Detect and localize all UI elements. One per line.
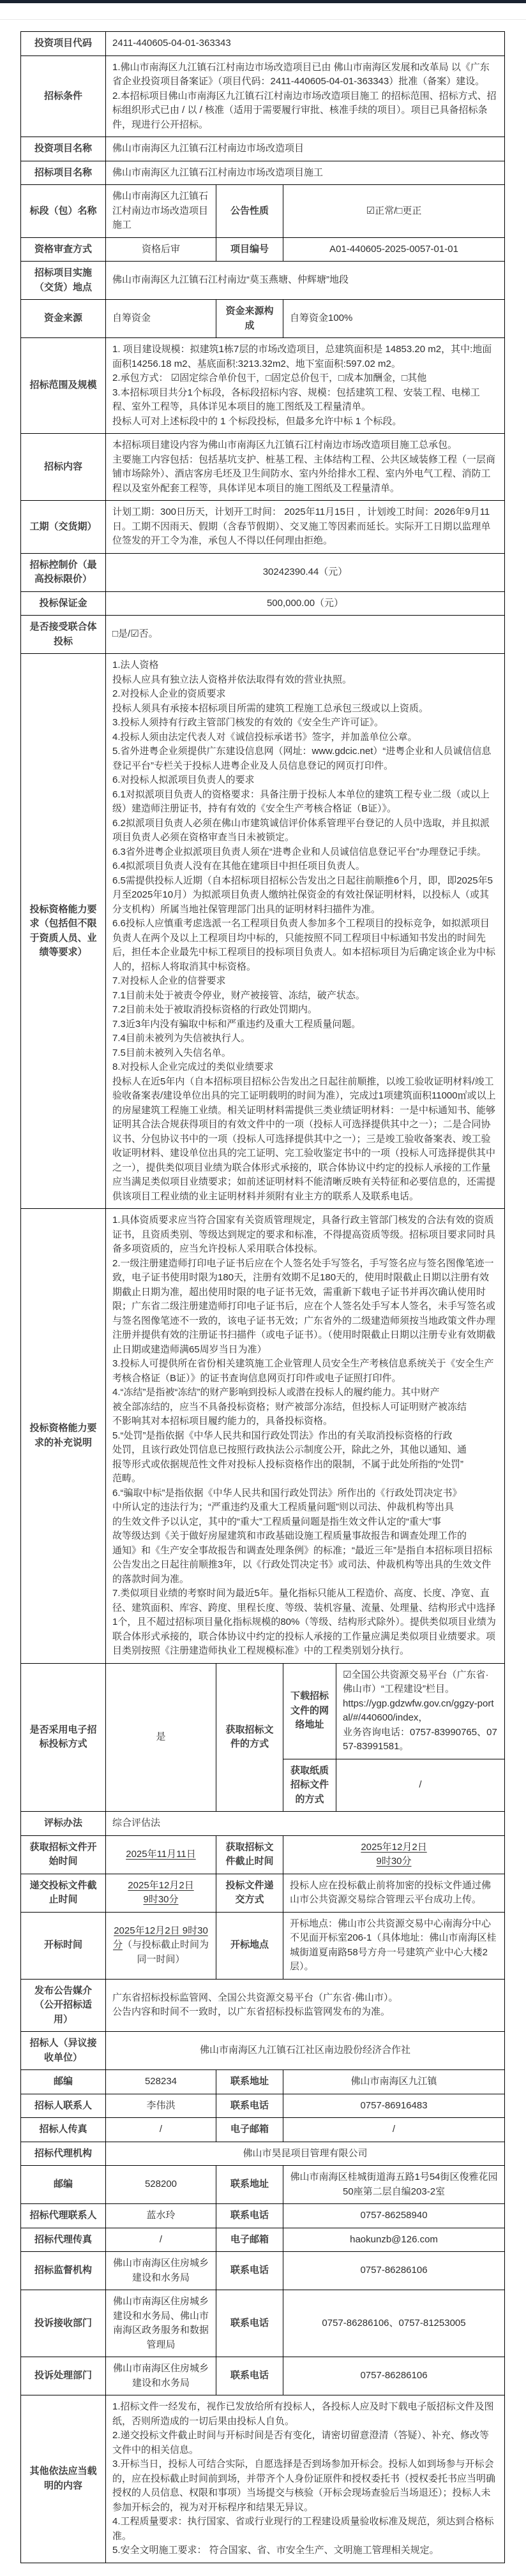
label-capability-notes: 投标资格能力要求的补充说明 (21, 1209, 106, 1664)
table-row: 投资项目代码 2411-440605-04-01-363343 (21, 32, 505, 56)
table-row: 投诉接收部门 佛山市南海区住房城乡建设和水务局、佛山市南海区政务服务和数据管理局… (21, 2290, 505, 2357)
label-consortium-bidding: 是否接受联合体投标 (21, 616, 106, 654)
label-tender-content: 招标内容 (21, 434, 106, 501)
label-tenderer-postcode: 邮编 (21, 2070, 106, 2094)
announcement-media-value: 广东省招标投标监管网、全国公共资源交易平台（广东省·佛山市）。 公告内容和时间不… (106, 1979, 505, 2032)
table-row: 招标人联系人 李伟洪 联系电话 0757-86916483 (21, 2094, 505, 2118)
label-project-number: 项目编号 (216, 237, 283, 262)
other-required-content-value: 1.招标文件一经发布，视作已发放给所有投标人，各投标人应及时下载电子版招标文件及… (106, 2395, 505, 2563)
table-row: 投标保证金 500,000.00（元） (21, 591, 505, 616)
label-announcement-media: 发布公告媒介（公开招标适用） (21, 1979, 106, 2032)
label-tender-scope: 招标范围及规模 (21, 338, 106, 434)
bid-bond-value: 500,000.00（元） (106, 591, 505, 616)
tenderer-email-value: / (283, 2118, 505, 2142)
table-row: 标段（包）名称 佛山市南海区九江镇石江村南边市场改造项目施工 公告性质 ☑正常/… (21, 185, 505, 238)
table-row: 招标代理传真 / 电子邮箱 haokunzb@126.com (21, 2228, 505, 2252)
label-evaluation-method: 评标办法 (21, 1812, 106, 1836)
table-row: 招标代理联系人 蓝水玲 联系电话 0757-86258940 (21, 2204, 505, 2228)
label-download-url: 下载招标文件的网络地址 (283, 1663, 336, 1759)
complaint-handling-value: 佛山市南海区住房城乡建设和水务局 (106, 2357, 216, 2395)
bidder-capability-value: 1.法人资格 投标人应具有独立法人资格并依法取得有效的营业执照。 2.对投标人企… (106, 654, 505, 1209)
label-tenderer-address: 联系地址 (216, 2070, 283, 2094)
submission-method-value: 投标人应在投标截止前将加密的投标文件通过佛山市公共资源交易综合管理云平台成功上传… (283, 1874, 505, 1912)
table-row: 递交投标文件截止时间 2025年12月2日 9时30分 投标文件递交方式 投标人… (21, 1874, 505, 1912)
label-supervision-agency: 招标监督机构 (21, 2252, 106, 2290)
label-agency-address: 联系地址 (216, 2166, 283, 2204)
bid-conditions-value: 1.佛山市南海区九江镇石江村南边市场改造项目已由 佛山市南海区发展和改革局 以《… (106, 56, 505, 137)
electronic-bidding-value: 是 (106, 1663, 216, 1812)
tenderer-postcode-value: 528234 (106, 2070, 216, 2094)
obtain-end-time-value: 2025年12月2日 9时30分 (283, 1835, 505, 1874)
table-row: 招标条件 1.佛山市南海区九江镇石江村南边市场改造项目已由 佛山市南海区发展和改… (21, 56, 505, 137)
investment-code-value: 2411-440605-04-01-363343 (106, 32, 505, 56)
table-row: 招标监督机构 佛山市南海区住房城乡建设和水务局 联系电话 0757-862861… (21, 2252, 505, 2290)
tender-scope-value: 1. 项目建设规模：拟建筑1栋7层的市场改造项目，总建筑面积是 14853.20… (106, 338, 505, 434)
qualification-review-value: 资格后审 (106, 237, 216, 262)
complaint-handling-phone-value: 0757-86286106 (283, 2357, 505, 2395)
tenderer-phone-value: 0757-86916483 (283, 2094, 505, 2118)
table-row: 投资项目名称 佛山市南海区九江镇石江村南边市场改造项目 (21, 137, 505, 161)
paper-documents-value: / (336, 1759, 505, 1812)
consortium-bidding-value: □是/☑否。 (106, 616, 505, 654)
label-complaint-receiving: 投诉接收部门 (21, 2290, 106, 2357)
label-other-required-content: 其他依法应当载明的内容 (21, 2395, 106, 2563)
submission-deadline-value: 2025年12月2日 9时30分 (106, 1874, 216, 1912)
complaint-receiving-phone-value: 0757-86286106、0757-81253005 (283, 2290, 505, 2357)
agency-phone-value: 0757-86258940 (283, 2204, 505, 2228)
announcement-document: 投资项目代码 2411-440605-04-01-363343 招标条件 1.佛… (0, 20, 526, 2576)
table-row: 招标控制价（最高投标限价） 30242390.44（元） (21, 553, 505, 591)
capability-notes-value: 1.具体资质要求应当符合国家有关资质管理规定，具备行政主管部门核发的合法有效的资… (106, 1209, 505, 1664)
label-tenderer-email: 电子邮箱 (216, 2118, 283, 2142)
label-agency-email: 电子邮箱 (216, 2228, 283, 2252)
project-location-value: 佛山市南海区九江镇石江村南边“莫玉燕塘、仲辉塘”地段 (106, 262, 505, 300)
label-notice-nature: 公告性质 (216, 185, 283, 238)
table-row: 招标代理机构 佛山市昊昆项目管理有限公司 (21, 2142, 505, 2166)
agency-address-value: 佛山市南海区桂城街道海五路1号54街区俊雅花园50座第二层自编203-2室 (283, 2166, 505, 2204)
label-agency-contact: 招标代理联系人 (21, 2204, 106, 2228)
label-bidder-capability: 投标资格能力要求（包括但不限于资质人员、业绩等要求） (21, 654, 106, 1209)
table-row: 投标资格能力要求的补充说明 1.具体资质要求应当符合国家有关资质管理规定，具备行… (21, 1209, 505, 1664)
section-name-value: 佛山市南海区九江镇石江村南边市场改造项目施工 (106, 185, 216, 238)
label-tender-name: 招标项目名称 (21, 161, 106, 185)
tenderer-address-value: 佛山市南海区九江镇 (283, 2070, 505, 2094)
label-investment-code: 投资项目代码 (21, 32, 106, 56)
complaint-receiving-value: 佛山市南海区住房城乡建设和水务局、佛山市南海区政务服务和数据管理局 (106, 2290, 216, 2357)
label-bid-conditions: 招标条件 (21, 56, 106, 137)
table-row: 招标人（异议接收单位） 佛山市南海区九江镇石江社区南边股份经济合作社 (21, 2032, 505, 2070)
table-row: 工期（交货期） 计划工期：300日历天，计划开工时间： 2025年11月15日 … (21, 501, 505, 554)
label-construction-period: 工期（交货期） (21, 501, 106, 554)
table-row: 开标时间 2025年12月2日 9时30分（与投标截止时间为同一时间） 开标地点… (21, 1912, 505, 1979)
label-obtain-end-time: 获取招标文件截止时间 (216, 1835, 283, 1874)
evaluation-method-value: 综合评估法 (106, 1812, 505, 1836)
opening-place-value: 开标地点：佛山市公共资源交易中心南海分中心不见面开标室206-1（具体地址：佛山… (283, 1912, 505, 1979)
label-submission-method: 投标文件递交方式 (216, 1874, 283, 1912)
label-bid-bond: 投标保证金 (21, 591, 106, 616)
investment-name-value: 佛山市南海区九江镇石江村南边市场改造项目 (106, 137, 505, 161)
agency-postcode-value: 528200 (106, 2166, 216, 2204)
tenderer-fax-value: / (106, 2118, 216, 2142)
label-obtain-documents-method: 获取招标文件的方式 (216, 1663, 283, 1812)
tenderer-contact-value: 李伟洪 (106, 2094, 216, 2118)
label-control-price: 招标控制价（最高投标限价） (21, 553, 106, 591)
obtain-start-time-value: 2025年11月11日 (106, 1835, 216, 1874)
construction-period-value: 计划工期：300日历天，计划开工时间： 2025年11月15日 ，计划竣工时间：… (106, 501, 505, 554)
agency-email-value: haokunzb@126.com (283, 2228, 505, 2252)
tender-name-value: 佛山市南海区九江镇石江村南边市场改造项目施工 (106, 161, 505, 185)
label-complaint-handling: 投诉处理部门 (21, 2357, 106, 2395)
label-electronic-bidding: 是否采用电子招标投标方式 (21, 1663, 106, 1812)
table-row: 招标项目实施（交货）地点 佛山市南海区九江镇石江村南边“莫玉燕塘、仲辉塘”地段 (21, 262, 505, 300)
table-row: 邮编 528234 联系地址 佛山市南海区九江镇 (21, 2070, 505, 2094)
table-row: 投诉处理部门 佛山市南海区住房城乡建设和水务局 联系电话 0757-862861… (21, 2357, 505, 2395)
supervision-agency-value: 佛山市南海区住房城乡建设和水务局 (106, 2252, 216, 2290)
table-row: 是否接受联合体投标 □是/☑否。 (21, 616, 505, 654)
opening-time-note: （与投标截止时间为同一时间） (123, 1939, 209, 1965)
label-agency-phone: 联系电话 (216, 2204, 283, 2228)
label-investment-name: 投资项目名称 (21, 137, 106, 161)
fund-composition-value: 自筹资金100% (283, 300, 505, 338)
notice-nature-value: ☑正常/□更正 (283, 185, 505, 238)
tender-announcement-table: 投资项目代码 2411-440605-04-01-363343 招标条件 1.佛… (20, 31, 505, 2563)
table-row: 获取招标文件开始时间 2025年11月11日 获取招标文件截止时间 2025年1… (21, 1835, 505, 1874)
label-submission-deadline: 递交投标文件截止时间 (21, 1874, 106, 1912)
label-agency-postcode: 邮编 (21, 2166, 106, 2204)
agency-fax-value: / (106, 2228, 216, 2252)
label-supervision-phone: 联系电话 (216, 2252, 283, 2290)
label-opening-place: 开标地点 (216, 1912, 283, 1979)
table-row: 邮编 528200 联系地址 佛山市南海区桂城街道海五路1号54街区俊雅花园50… (21, 2166, 505, 2204)
label-paper-documents-method: 获取纸质招标文件的方式 (283, 1759, 336, 1812)
table-row: 招标人传真 / 电子邮箱 / (21, 2118, 505, 2142)
fund-source-value: 自筹资金 (106, 300, 216, 338)
table-row: 招标项目名称 佛山市南海区九江镇石江村南边市场改造项目施工 (21, 161, 505, 185)
label-tenderer-phone: 联系电话 (216, 2094, 283, 2118)
download-url-value: ☑全国公共资源交易平台（广东省·佛山市）“工程建设”栏目。 https://yg… (336, 1663, 505, 1759)
label-opening-time: 开标时间 (21, 1912, 106, 1979)
supervision-phone-value: 0757-86286106 (283, 2252, 505, 2290)
project-number-value: A01-440605-2025-0057-01-01 (283, 237, 505, 262)
label-complaint-handling-phone: 联系电话 (216, 2357, 283, 2395)
table-row: 是否采用电子招标投标方式 是 获取招标文件的方式 下载招标文件的网络地址 ☑全国… (21, 1663, 505, 1759)
label-complaint-receiving-phone: 联系电话 (216, 2290, 283, 2357)
table-row: 发布公告媒介（公开招标适用） 广东省招标投标监管网、全国公共资源交易平台（广东省… (21, 1979, 505, 2032)
label-agency: 招标代理机构 (21, 2142, 106, 2166)
label-tenderer-contact: 招标人联系人 (21, 2094, 106, 2118)
label-fund-source: 资金来源 (21, 300, 106, 338)
label-project-location: 招标项目实施（交货）地点 (21, 262, 106, 300)
label-agency-fax: 招标代理传真 (21, 2228, 106, 2252)
table-row: 招标内容 本招标项目建设内容为佛山市南海区九江镇石江村南边市场改造项目施工总承包… (21, 434, 505, 501)
table-row: 评标办法 综合评估法 (21, 1812, 505, 1836)
tenderer-value: 佛山市南海区九江镇石江社区南边股份经济合作社 (106, 2032, 505, 2070)
opening-time-value: 2025年12月2日 9时30分（与投标截止时间为同一时间） (106, 1912, 216, 1979)
label-qualification-review: 资格审查方式 (21, 237, 106, 262)
label-tenderer-fax: 招标人传真 (21, 2118, 106, 2142)
label-fund-composition: 资金来源构成 (216, 300, 283, 338)
table-row: 招标范围及规模 1. 项目建设规模：拟建筑1栋7层的市场改造项目，总建筑面积是 … (21, 338, 505, 434)
control-price-value: 30242390.44（元） (106, 553, 505, 591)
table-row: 资格审查方式 资格后审 项目编号 A01-440605-2025-0057-01… (21, 237, 505, 262)
table-row: 资金来源 自筹资金 资金来源构成 自筹资金100% (21, 300, 505, 338)
agency-contact-value: 蓝水玲 (106, 2204, 216, 2228)
label-obtain-start-time: 获取招标文件开始时间 (21, 1835, 106, 1874)
table-row: 投标资格能力要求（包括但不限于资质人员、业绩等要求） 1.法人资格 投标人应具有… (21, 654, 505, 1209)
agency-value: 佛山市昊昆项目管理有限公司 (106, 2142, 505, 2166)
label-tenderer: 招标人（异议接收单位） (21, 2032, 106, 2070)
tender-content-value: 本招标项目建设内容为佛山市南海区九江镇石江村南边市场改造项目施工总承包。 主要施… (106, 434, 505, 501)
label-section-name: 标段（包）名称 (21, 185, 106, 238)
window-top-bar (0, 0, 526, 3)
table-row: 其他依法应当载明的内容 1.招标文件一经发布，视作已发放给所有投标人，各投标人应… (21, 2395, 505, 2563)
